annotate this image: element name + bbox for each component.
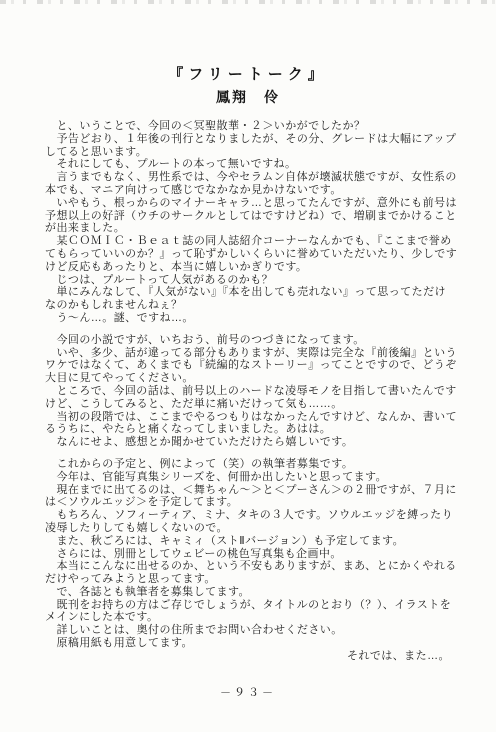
text-line: また、秋ごろには、キャミィ（ストⅡバージョン）も予定してます。 — [45, 535, 460, 548]
scanned-document-page: 『フリートーク』 鳳翔 伶 と、いうことで、今回の＜冥聖散華・２＞いかがでしたか… — [0, 0, 496, 732]
text-line: 凌辱したりしても嬉しくないので。 — [45, 522, 460, 535]
closing-line: それでは、また…。 — [0, 650, 496, 663]
text-line: と、いうことで、今回の＜冥聖散華・２＞いかがでしたか？ — [45, 120, 460, 133]
text-line: ところで、今回の話は、前号以上のハードな凌辱モノを目指して書いたんです — [45, 385, 460, 398]
text-line: もちろん、ソフィーティア、ミナ、タキの３人です。ソウルエッジを縛ったり — [45, 509, 460, 522]
text-line: なのかもしれませんねぇ？ — [45, 299, 460, 312]
scan-artifact-top-edge — [0, 0, 496, 4]
text-line: なんにせよ、感想とか聞かせていただけたら嬉しいです。 — [45, 436, 460, 449]
text-line: 原稿用紙も用意してます。 — [45, 637, 460, 650]
text-line: う～ん…。謎、ですね…。 — [45, 312, 460, 325]
text-line: これからの予定と、例によって（笑）の執筆者募集です。 — [45, 458, 460, 471]
text-line: 本当にこんなに出せるのか、という不安もありますが、まあ、とにかくやれる — [45, 560, 460, 573]
text-line: 大目に見てやってください。 — [45, 372, 460, 385]
text-line: るうちに、やたらと痛くなってしまいました。あはは。 — [45, 423, 460, 436]
text-line: ワケではなくて、あくまでも『続編的なストーリー』ってことですので、どうぞ — [45, 359, 460, 372]
text-line: 現在までに出てるのは、＜舞ちゃん～＞と＜プーさん＞の２冊ですが、７月に — [45, 484, 460, 497]
text-line: 本でも、マニア向けって感じでなかなか見かけないです。 — [45, 184, 460, 197]
text-line: が出来ました。 — [45, 222, 460, 235]
page-title: 『フリートーク』 — [0, 0, 496, 84]
text-line: 言うまでもなく、男性系では、今やセラムン自体が壊滅状態ですが、女性系の — [45, 171, 460, 184]
paragraph-gap — [45, 449, 460, 458]
text-line: さらには、別冊としてウェビーの桃色写真集も企画中。 — [45, 548, 460, 561]
text-line: けど、こうしてみると、ただ単に痛いだけって気も……。 — [45, 398, 460, 411]
text-line: 予告どおり、１年後の刊行となりましたが、その分、グレードは大幅にアップ — [45, 133, 460, 146]
author-name: 鳳翔 伶 — [0, 87, 496, 107]
text-line: 今年は、官能写真集シリーズを、何冊か出したいと思ってます。 — [45, 471, 460, 484]
text-line: 当初の段階では、ここまでやるつもりはなかったんですけど、なんか、書いて — [45, 411, 460, 424]
text-line: いやもう、根っからのマイナーキャラ…と思ってたんですが、意外にも前号は — [45, 197, 460, 210]
text-line: 今回の小説ですが、いちおう、前号のつづきになってます。 — [45, 334, 460, 347]
text-line: メインにした本です。 — [45, 611, 460, 624]
text-line: 単にみんなして、『人気がない』『本を出しても売れない』って思ってただけ — [45, 286, 460, 299]
body-text: と、いうことで、今回の＜冥聖散華・２＞いかがでしたか？ 予告どおり、１年後の刊行… — [0, 120, 496, 650]
text-line: だけやってみようと思ってます。 — [45, 573, 460, 586]
text-line: じつは、プルートって人気があるのかも？ — [45, 274, 460, 287]
page-number: －９３－ — [0, 684, 496, 700]
text-line: してると思います。 — [45, 146, 460, 159]
text-line: 某ＣＯＭＩＣ・Ｂｅａｔ誌の同人誌紹介コーナーなんかでも、『ここまで誉め — [45, 235, 460, 248]
text-line: けど反応もあったりと、本当に嬉しいかぎりです。 — [45, 261, 460, 274]
paragraph-gap — [45, 325, 460, 334]
text-line: いや、多少、話が違ってる部分もありますが、実際は完全な『前後編』という — [45, 347, 460, 360]
text-line: 予想以上の好評（ウチのサークルとしてはですけどね）で、増刷までかけること — [45, 210, 460, 223]
text-line: 詳しいことは、奥付の住所までお問い合わせください。 — [45, 624, 460, 637]
text-line: で、各誌とも執筆者を募集してます。 — [45, 586, 460, 599]
text-line: てもらっていいのか？』って恥ずかしいくらいに誉めていただいたり、少しです — [45, 248, 460, 261]
text-line: それにしても、プルートの本って無いですね。 — [45, 158, 460, 171]
text-line: は＜ソウルエッジ＞を予定してます。 — [45, 496, 460, 509]
text-line: 既刊をお持ちの方はご存じでしょうが、タイトルのとおり（？）、イラストを — [45, 599, 460, 612]
